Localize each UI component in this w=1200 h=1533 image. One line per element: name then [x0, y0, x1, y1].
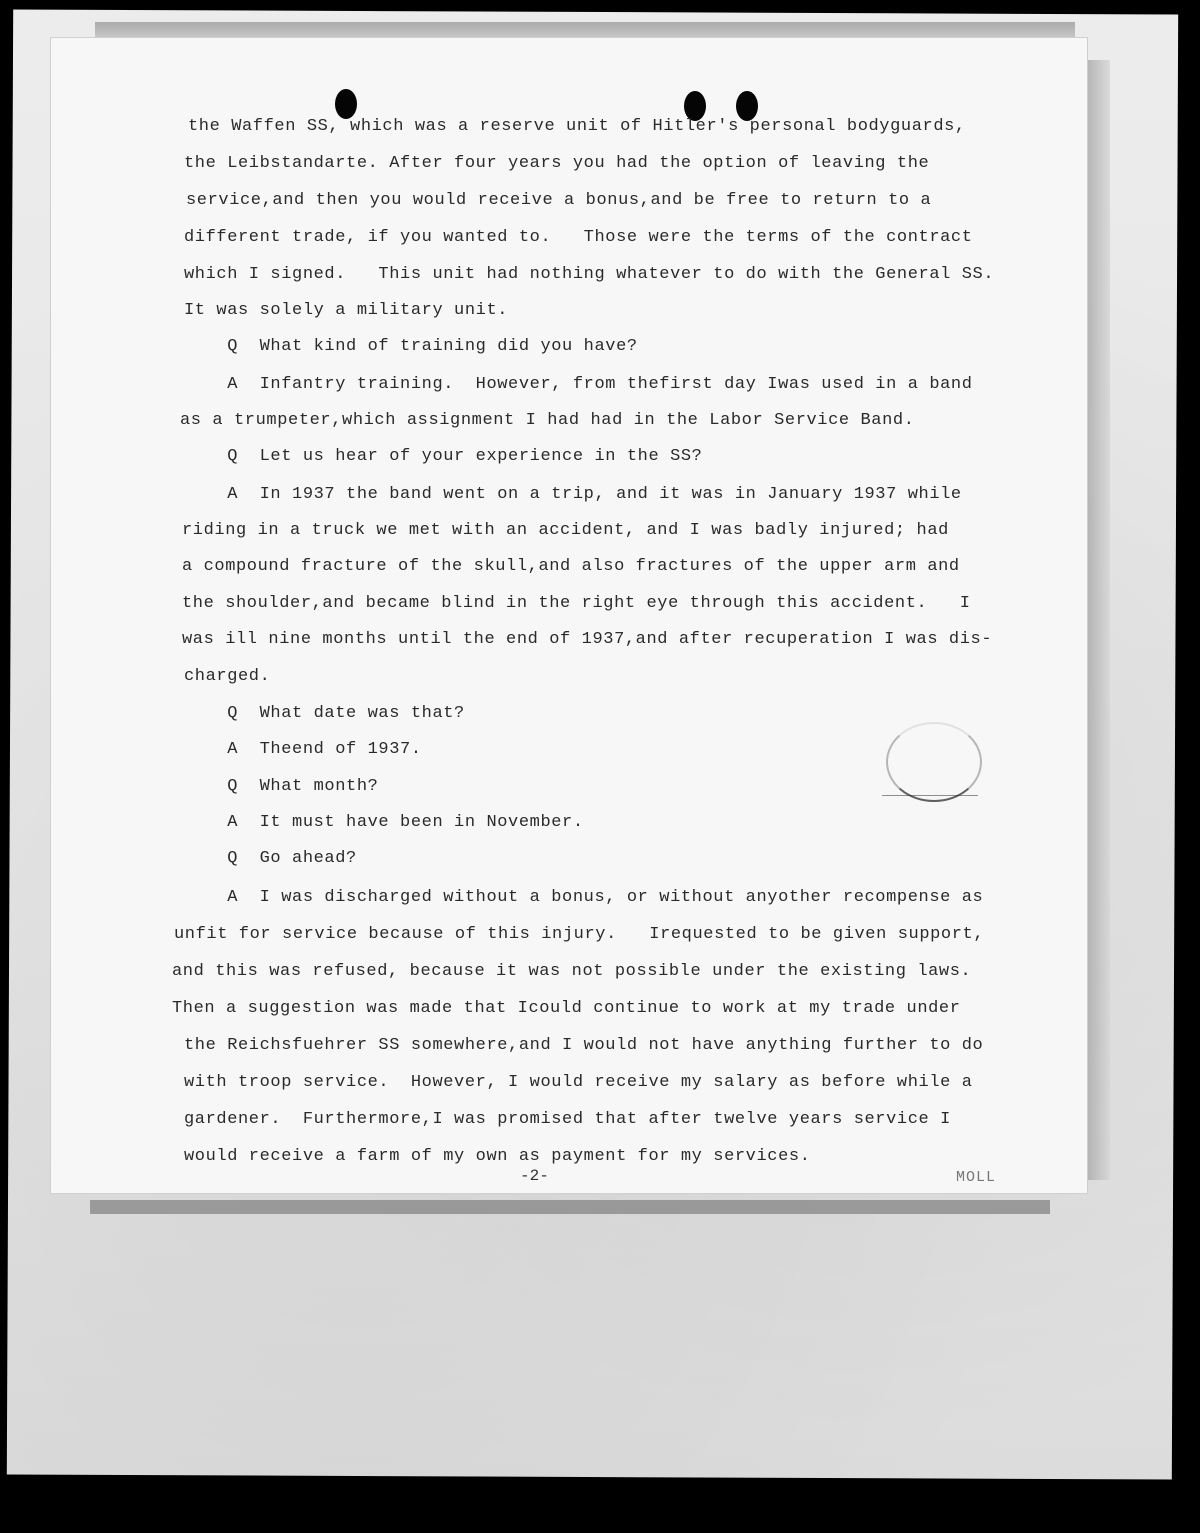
answer-line: A Theend of 1937. [184, 740, 422, 759]
question-line: Q Let us hear of your experience in the … [184, 447, 702, 466]
question-line: Q What kind of training did you have? [184, 337, 638, 356]
question-line: Q What date was that? [184, 704, 465, 723]
transcript-line: which I signed. This unit had nothing wh… [184, 265, 994, 284]
transcript-line: unfit for service because of this injury… [174, 925, 984, 944]
transcript-line: riding in a truck we met with an acciden… [182, 521, 949, 540]
transcript-line: It was solely a military unit. [184, 301, 508, 320]
transcript-line: was ill nine months until the end of 193… [182, 630, 992, 649]
answer-line: A I was discharged without a bonus, or w… [184, 888, 983, 907]
transcript-line: a compound fracture of the skull,and als… [182, 557, 960, 576]
transcript-line: the Waffen SS, which was a reserve unit … [188, 117, 966, 136]
transcript-line: the Reichsfuehrer SS somewhere,and I wou… [184, 1036, 983, 1055]
transcript-line: gardener. Furthermore,I was promised tha… [184, 1110, 951, 1129]
page-number: -2- [520, 1167, 549, 1185]
transcript-line: different trade, if you wanted to. Those… [184, 228, 973, 247]
typed-document-page: the Waffen SS, which was a reserve unit … [50, 37, 1088, 1194]
transcript-line: the shoulder,and became blind in the rig… [182, 594, 971, 613]
archives-stamp-icon [886, 722, 982, 802]
question-line: Q Go ahead? [184, 849, 357, 868]
page-code: MOLL [956, 1169, 996, 1186]
transcript-line: would receive a farm of my own as paymen… [184, 1147, 811, 1166]
transcript-line: service,and then you would receive a bon… [186, 191, 931, 210]
answer-line: A It must have been in November. [184, 813, 584, 832]
transcript-line: with troop service. However, I would rec… [184, 1073, 973, 1092]
stamp-underline [882, 795, 978, 796]
question-line: Q What month? [184, 777, 378, 796]
punch-hole-icon [335, 89, 357, 119]
transcript-line: as a trumpeter,which assignment I had ha… [180, 411, 915, 430]
page-shadow-bottom [90, 1200, 1050, 1214]
transcript-line: and this was refused, because it was not… [172, 962, 971, 981]
transcript-line: charged. [184, 667, 270, 686]
answer-line: A In 1937 the band went on a trip, and i… [184, 485, 962, 504]
transcript-line: the Leibstandarte. After four years you … [184, 154, 929, 173]
transcript-line: Then a suggestion was made that Icould c… [172, 999, 961, 1018]
answer-line: A Infantry training. However, from thefi… [184, 375, 973, 394]
